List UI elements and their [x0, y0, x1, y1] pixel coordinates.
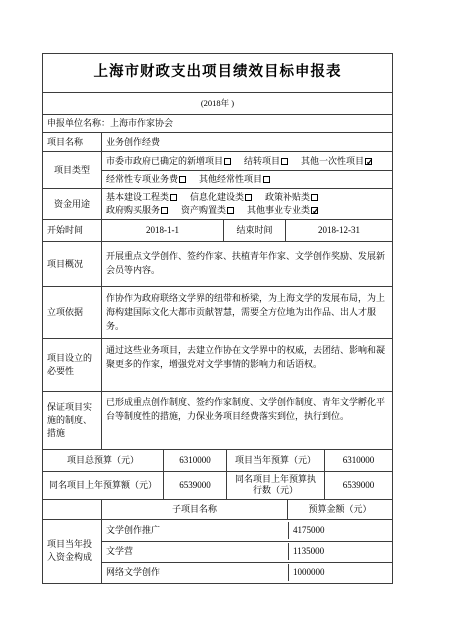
checkbox-unchecked-icon[interactable]: [170, 194, 177, 201]
row-budget-total: 项目总预算（元） 6310000 项目当年预算（元） 6310000: [43, 449, 392, 471]
checkbox-option-label: 其他事业专业类: [247, 205, 310, 215]
fund-usage-options-row1: 基本建设工程类信息化建设类政策补贴类: [102, 189, 392, 204]
project-type-label: 项目类型: [43, 152, 101, 188]
checkbox-option-label: 信息化建设类: [190, 192, 244, 202]
checkbox-option-label: 基本建设工程类: [106, 192, 169, 202]
end-time-value: 2018-12-31: [285, 220, 392, 241]
checkbox-option-label: 政府购买服务: [106, 205, 160, 215]
subproject-amount: 1000000: [288, 564, 392, 581]
checkbox-checked-icon[interactable]: ✓: [365, 158, 372, 165]
guarantee-label: 保证项目实施的制度、措施: [43, 392, 101, 449]
budget-current-value: 6310000: [324, 450, 392, 471]
performance-target-form: 上海市财政支出项目绩效目标申报表 (2018年 ) 申报单位名称： 上海市作家协…: [42, 53, 393, 584]
checkbox-option[interactable]: 政策补贴类: [265, 191, 318, 204]
subproject-header-empty-cell: [43, 500, 101, 519]
subproject-name: 网络文学创作: [102, 564, 288, 581]
checkbox-option[interactable]: 基本建设工程类: [106, 191, 177, 204]
row-subprojects: 项目当年投入资金构成 文学创作推广 4175000 文学营 1135000 网络…: [43, 519, 392, 583]
checkbox-option[interactable]: 经常性专项业务费: [106, 173, 186, 186]
checkbox-option[interactable]: 其他一次性项目✓: [301, 155, 372, 168]
budget-prev-label: 同名项目上年预算额（元）: [43, 472, 163, 499]
declaring-unit-label: 申报单位名称：: [47, 117, 110, 130]
project-type-options-row1: 市委市政府已确定的新增项目结转项目其他一次性项目✓: [102, 152, 392, 170]
budget-prev-exec-label: 同名项目上年预算执行数（元）: [226, 472, 324, 499]
subproject-row: 文学创作推广 4175000: [102, 520, 392, 541]
document-page: { "page": { "title": "上海市财政支出项目绩效目标申报表",…: [0, 0, 452, 640]
basis-label: 立项依据: [43, 287, 101, 338]
checkbox-option-label: 其他经常性项目: [199, 174, 262, 184]
checkbox-unchecked-icon[interactable]: [224, 158, 231, 165]
row-fund-usage: 资金用途 基本建设工程类信息化建设类政策补贴类 政府购买服务资产购置类其他事业专…: [43, 188, 392, 219]
checkbox-unchecked-icon[interactable]: [311, 194, 318, 201]
checkbox-option-label: 结转项目: [244, 156, 280, 166]
subproject-row: 文学营 1135000: [102, 541, 392, 562]
declaring-unit-value: 上海市作家协会: [110, 117, 173, 130]
checkbox-option[interactable]: 资产购置类: [181, 204, 234, 217]
budget-prev-exec-value: 6539000: [324, 472, 392, 499]
budget-total-label: 项目总预算（元）: [43, 450, 163, 471]
checkbox-option-label: 政策补贴类: [265, 192, 310, 202]
row-subproject-header: 子项目名称 预算金额（元）: [43, 499, 392, 519]
row-schedule: 开始时间 2018-1-1 结束时间 2018-12-31: [43, 219, 392, 241]
checkbox-unchecked-icon[interactable]: [245, 194, 252, 201]
checkbox-unchecked-icon[interactable]: [179, 176, 186, 183]
checkbox-unchecked-icon[interactable]: [161, 207, 168, 214]
start-time-value: 2018-1-1: [101, 220, 223, 241]
row-declaring-unit: 申报单位名称： 上海市作家协会: [43, 114, 392, 132]
end-time-label: 结束时间: [223, 220, 285, 241]
row-overview: 项目概况 开展重点文学创作、签约作家、扶植青年作家、文学创作奖励、发展新会员等内…: [43, 241, 392, 286]
checkbox-option-label: 资产购置类: [181, 205, 226, 215]
checkbox-unchecked-icon[interactable]: [263, 176, 270, 183]
budget-current-label: 项目当年预算（元）: [226, 450, 324, 471]
form-year: (2018年 ): [201, 97, 234, 109]
row-project-name: 项目名称 业务创作经费: [43, 132, 392, 151]
checkbox-option[interactable]: 其他经常性项目: [199, 173, 270, 186]
row-basis: 立项依据 作协作为政府联络文学界的纽带和桥梁，为上海文学的发展布局，为上海构建国…: [43, 286, 392, 338]
row-project-type: 项目类型 市委市政府已确定的新增项目结转项目其他一次性项目✓ 经常性专项业务费其…: [43, 151, 392, 188]
checkbox-option[interactable]: 信息化建设类: [190, 191, 252, 204]
checkbox-option-label: 经常性专项业务费: [106, 174, 178, 184]
checkbox-checked-icon[interactable]: ✓: [311, 207, 318, 214]
row-necessity: 项目设立的必要性 通过这些业务项目，去建立作协在文学界中的权威，去团结、影响和凝…: [43, 338, 392, 391]
subproject-name: 文学营: [102, 543, 288, 560]
checkbox-unchecked-icon[interactable]: [281, 158, 288, 165]
fund-usage-options-row2: 政府购买服务资产购置类其他事业专业类✓: [102, 204, 392, 219]
overview-text: 开展重点文学创作、签约作家、扶植青年作家、文学创作奖励、发展新会员等内容。: [106, 250, 388, 278]
project-name-value: 业务创作经费: [101, 133, 392, 151]
subprojects-group-label: 项目当年投入资金构成: [43, 520, 101, 583]
subproject-amount: 1135000: [288, 543, 392, 560]
row-guarantee: 保证项目实施的制度、措施 已形成重点创作制度、签约作家制度、文学创作制度、青年文…: [43, 391, 392, 449]
guarantee-text: 已形成重点创作制度、签约作家制度、文学创作制度、青年文学孵化平台等制度性的措施，…: [106, 396, 388, 424]
subproject-amount: 4175000: [288, 522, 392, 539]
form-title: 上海市财政支出项目绩效目标申报表: [94, 62, 342, 83]
subproject-name: 文学创作推广: [102, 522, 288, 539]
overview-label: 项目概况: [43, 242, 101, 286]
basis-text: 作协作为政府联络文学界的纽带和桥梁，为上海文学的发展布局，为上海构建国际文化大都…: [106, 292, 388, 334]
project-type-options-row2: 经常性专项业务费其他经常性项目: [102, 170, 392, 188]
checkbox-option-label: 其他一次性项目: [301, 156, 364, 166]
start-time-label: 开始时间: [43, 220, 101, 241]
row-year: (2018年 ): [43, 92, 392, 114]
row-title: 上海市财政支出项目绩效目标申报表: [43, 54, 392, 92]
project-name-label: 项目名称: [43, 133, 101, 151]
checkbox-unchecked-icon[interactable]: [227, 207, 234, 214]
checkbox-option[interactable]: 政府购买服务: [106, 204, 168, 217]
subproject-name-header: 子项目名称: [101, 500, 287, 519]
subproject-row: 网络文学创作 1000000: [102, 562, 392, 583]
budget-prev-value: 6539000: [163, 472, 226, 499]
checkbox-option-label: 市委市政府已确定的新增项目: [106, 156, 223, 166]
fund-usage-label: 资金用途: [43, 189, 101, 219]
budget-total-value: 6310000: [163, 450, 226, 471]
necessity-text: 通过这些业务项目，去建立作协在文学界中的权威，去团结、影响和凝聚更多的作家，增强…: [106, 344, 388, 372]
checkbox-option[interactable]: 结转项目: [244, 155, 288, 168]
necessity-label: 项目设立的必要性: [43, 339, 101, 391]
checkbox-option[interactable]: 市委市政府已确定的新增项目: [106, 155, 231, 168]
checkbox-option[interactable]: 其他事业专业类✓: [247, 204, 318, 217]
subproject-amount-header: 预算金额（元）: [287, 500, 392, 519]
row-budget-previous: 同名项目上年预算额（元） 6539000 同名项目上年预算执行数（元） 6539…: [43, 471, 392, 499]
